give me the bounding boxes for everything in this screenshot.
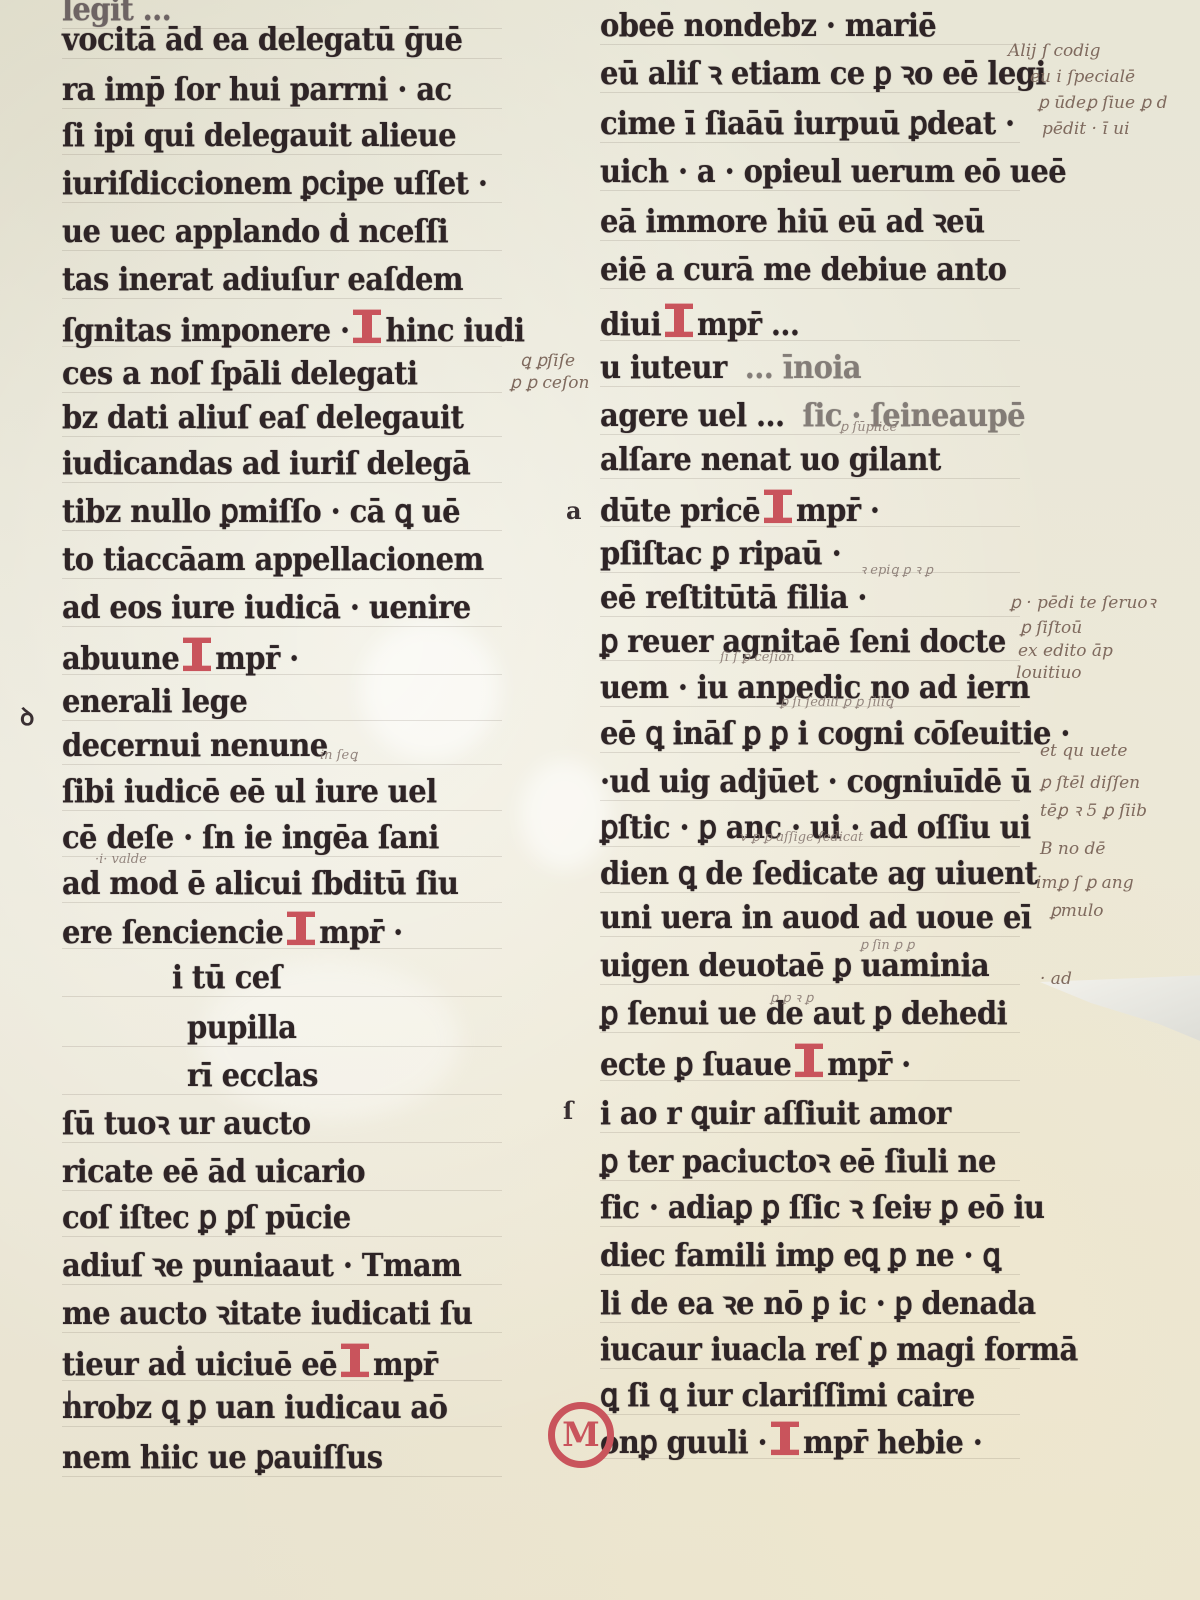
- margin-gloss: ꝑ ūdeꝑ ſiue ꝑ d: [1038, 92, 1168, 114]
- line-text: ſi ipi qui delegauit alieue: [62, 117, 456, 154]
- text-line: adiuſ ꝛe puniaaut · Tmam: [62, 1247, 461, 1284]
- text-line: eiē a curā me debiue anto: [600, 251, 1006, 288]
- text-line: uich · a · opieul uerum eō ueē: [600, 153, 1066, 190]
- rubricated-initial-i: [183, 637, 211, 674]
- line-text-tail: mpr̄ ...: [697, 306, 799, 343]
- ruling-line: [62, 720, 502, 721]
- line-text: nem hiic ue ꝑauiſſus: [62, 1439, 382, 1476]
- marginal-mark: |: [65, 1386, 74, 1415]
- rubricated-initial-i: [353, 309, 381, 346]
- margin-gloss: Alij ſ codig: [1008, 40, 1100, 62]
- line-text: i tū ceſ: [172, 959, 281, 996]
- line-text: enerali lege: [62, 683, 247, 720]
- interlinear-gloss: ꝑ ꝑ ꝛ ꝑ: [770, 988, 813, 1006]
- line-text: uich · a · opieul uerum eō ueē: [600, 153, 1066, 190]
- ruling-line: [600, 434, 1020, 435]
- line-text: i ao r ꝗuir aſſiuit amor: [600, 1095, 951, 1132]
- rubricated-initial-i: [665, 303, 693, 340]
- line-text: tas inerat adiuſur eaſdem: [62, 261, 463, 298]
- ruling-line: [600, 1274, 1020, 1275]
- ruling-line: [62, 1046, 502, 1047]
- text-line: ere ſencienciempr̄ ·: [62, 911, 403, 951]
- ruling-line: [600, 1414, 1020, 1415]
- ruling-line: [62, 530, 502, 531]
- margin-gloss: louitiuo: [1016, 662, 1082, 684]
- text-line: li de ea ꝛe nō ꝑ ic · ꝑ denada: [600, 1285, 1036, 1322]
- text-line: ꝑ reuer agnitaē ſeni docte: [600, 623, 1006, 660]
- line-text: to tiaccāam appellacionem: [62, 541, 484, 578]
- margin-gloss: tēꝑ ꝛ 5 ꝑ ſiib: [1040, 800, 1147, 822]
- text-line: ad eos iure iudicā · uenire: [62, 589, 471, 626]
- text-line: cime ī ſiaāū iurpuū ꝑdeat ·: [600, 105, 1015, 142]
- text-line: ad mod ē alicui ſbditū ſiu: [62, 865, 458, 902]
- ruling-line: [600, 892, 1020, 893]
- manuscript-page: legit ...vocitā ād ea delegatū ḡuēra imp…: [0, 0, 1200, 1600]
- rubricated-initial-i: [771, 1421, 799, 1458]
- line-text: nrobz ꝗ ꝑ uan iudicau aō: [62, 1389, 447, 1426]
- line-text: fic · adiaꝑ ꝑ ſſic ꝛ ſeiᵾ ꝑ eō iu: [600, 1189, 1044, 1226]
- ruling-line: [600, 752, 1020, 753]
- ruling-line: [600, 572, 1020, 573]
- line-text: rī ecclas: [187, 1057, 318, 1094]
- line-text-tail: mpr̄: [373, 1346, 437, 1383]
- line-text: ꝗ ſi ꝗ iur clariſſimi caire: [600, 1377, 975, 1414]
- line-text: cime ī ſiaāū iurpuū ꝑdeat ·: [600, 105, 1015, 142]
- text-line: obeē nondebz · mariē: [600, 7, 936, 44]
- text-line: to tiaccāam appellacionem: [62, 541, 484, 578]
- text-line: ra imp̄ ſor hui parrni · ac: [62, 71, 452, 108]
- faded-text: ſic · ſeineaupē: [802, 397, 1025, 434]
- interlinear-gloss: v ꝑ ꝑ aſſige ſedicat: [740, 830, 863, 845]
- line-text: diui: [600, 306, 661, 343]
- line-text: li de ea ꝛe nō ꝑ ic · ꝑ denada: [600, 1285, 1036, 1322]
- text-line: eē reſtitūtā filia ·: [600, 579, 867, 616]
- line-text: dūte pricē: [600, 492, 760, 529]
- line-text: pupilla: [187, 1009, 296, 1046]
- margin-gloss: ꝑ ſtēl diſſen: [1040, 772, 1140, 794]
- text-line: decernui nenune: [62, 727, 328, 764]
- ruling-line: [600, 142, 1020, 143]
- text-line: fic · adiaꝑ ꝑ ſſic ꝛ ſeiᵾ ꝑ eō iu: [600, 1189, 1044, 1226]
- margin-gloss: ꝗ ꝑſiſe: [520, 350, 575, 372]
- text-line: i tū ceſ: [172, 959, 281, 996]
- marginal-mark: ſ: [563, 1096, 573, 1125]
- margin-gloss: ex edito āp: [1018, 640, 1113, 662]
- interlinear-gloss: ꝑ ſūplicē: [840, 420, 897, 435]
- text-line: nrobz ꝗ ꝑ uan iudicau aō: [62, 1389, 447, 1426]
- ruling-line: [600, 1180, 1020, 1181]
- line-text: dien ꝗ de ſedicate ag uiuent: [600, 855, 1037, 892]
- text-line: ecte ꝑ ſuauempr̄ ·: [600, 1043, 911, 1083]
- marginal-mark: ꝺ: [20, 700, 34, 733]
- line-text: ſgnitas imponere ·: [62, 312, 349, 349]
- line-text: iudicandas ad iuriſ delegā: [62, 445, 470, 482]
- text-line: pupilla: [187, 1009, 296, 1046]
- line-text: cē deſe · ſn ie ingēa ſani: [62, 819, 439, 856]
- text-line: eū aliſ ꝛ etiam ce ꝑ ꝛo eē legi: [600, 55, 1046, 92]
- line-text-tail: mpr̄ hebie ·: [803, 1424, 982, 1461]
- text-line: diec famili imꝑ eꝗ ꝑ ne · ꝗ: [600, 1237, 1000, 1274]
- margin-gloss: eu i ſpecialē: [1030, 66, 1135, 88]
- line-text-tail: mpr̄ ·: [319, 914, 402, 951]
- line-text: eū aliſ ꝛ etiam ce ꝑ ꝛo eē legi: [600, 55, 1046, 92]
- line-text: coſ iſtec ꝑ ꝑſ pūcie: [62, 1199, 351, 1236]
- ruling-line: [600, 1226, 1020, 1227]
- faded-text: ... īnoia: [745, 349, 861, 386]
- text-line: vocitā ād ea delegatū ḡuē: [62, 21, 462, 58]
- line-text: pſiſtac ꝑ ripaū ·: [600, 535, 841, 572]
- line-text: uni uera in auod ad uoue eī: [600, 899, 1031, 936]
- margin-gloss: imꝑ ſ ꝑ ang: [1036, 872, 1134, 894]
- text-line: ces a noſ ſpāli delegati: [62, 355, 417, 392]
- text-line: pſiſtac ꝑ ripaū ·: [600, 535, 841, 572]
- line-text: ſibi iudicē eē ul iure uel: [62, 773, 437, 810]
- text-line: me aucto ꝛitate iudicati ſu: [62, 1295, 472, 1332]
- text-line: ue uec applando ḋ nceſſi: [62, 213, 448, 250]
- line-text: eē reſtitūtā filia ·: [600, 579, 867, 616]
- text-line: uni uera in auod ad uoue eī: [600, 899, 1031, 936]
- text-line: bz dati aliuſ eaſ delegauit: [62, 399, 463, 436]
- margin-gloss: ꝑ ſiſtoū: [1020, 617, 1082, 639]
- ruling-line: [62, 482, 502, 483]
- ruling-line: [600, 1368, 1020, 1369]
- ruling-line: [62, 298, 502, 299]
- ruling-line: [600, 288, 1020, 289]
- ruling-line: [62, 392, 502, 393]
- ruling-line: [62, 902, 502, 903]
- text-line: uigen deuotaē ꝑ uaminia: [600, 947, 989, 984]
- line-text-tail: mpr̄ ·: [827, 1046, 910, 1083]
- line-text: bz dati aliuſ eaſ delegauit: [62, 399, 463, 436]
- text-line: enerali lege: [62, 683, 247, 720]
- margin-gloss: ꝑ · pēdi te ſeruoꝛ: [1010, 592, 1156, 614]
- line-text: ra imp̄ ſor hui parrni · ac: [62, 71, 452, 108]
- interlinear-gloss: ꝑ ſi ſedili ꝑ ꝑ ſiliꝗ: [780, 695, 893, 710]
- line-text-tail: mpr̄ ·: [796, 492, 879, 529]
- ruling-line: [62, 1236, 502, 1237]
- text-line: u iuteur... īnoia: [600, 349, 861, 386]
- ruling-line: [62, 1332, 502, 1333]
- line-text: ꝑ reuer agnitaē ſeni docte: [600, 623, 1006, 660]
- text-line: tibz nullo ꝑmiſſo · cā ꝗ uē: [62, 493, 460, 530]
- text-line: ſū tuoꝛ ur aucto: [62, 1105, 310, 1142]
- ruling-line: [600, 44, 1020, 45]
- ruling-line: [62, 436, 502, 437]
- text-line: tas inerat adiuſur eaſdem: [62, 261, 463, 298]
- text-line: cē deſe · ſn ie ingēa ſani: [62, 819, 439, 856]
- marginal-mark: a: [566, 496, 582, 525]
- ruling-line: [600, 386, 1020, 387]
- text-line: nem hiic ue ꝑauiſſus: [62, 1439, 382, 1476]
- line-text: uigen deuotaē ꝑ uaminia: [600, 947, 989, 984]
- text-line: dien ꝗ de ſedicate ag uiuent: [600, 855, 1037, 892]
- ruling-line: [600, 984, 1020, 985]
- text-line: iudicandas ad iuriſ delegā: [62, 445, 470, 482]
- line-text-tail: hinc iudi: [385, 312, 524, 349]
- rubricated-initial-i: [795, 1043, 823, 1080]
- rubricated-initial-i: [764, 489, 792, 526]
- line-text: tieur aḋ uiciuē eē: [62, 1346, 337, 1383]
- ruling-line: [62, 1476, 502, 1477]
- rubricated-initial-m: M: [548, 1402, 614, 1468]
- ruling-line: [600, 1322, 1020, 1323]
- interlinear-gloss: ꝑ ſin ꝑ ꝑ: [860, 938, 915, 953]
- ruling-line: [62, 810, 502, 811]
- line-text: alſare nenat uo gilant: [600, 441, 941, 478]
- text-line: ꝑ ter paciuctoꝛ eē ſiuli ne: [600, 1143, 996, 1180]
- line-text: iuriſdiccionem ꝑcipe uſſet ·: [62, 165, 487, 202]
- ruling-line: [62, 1190, 502, 1191]
- text-line: ſibi iudicē eē ul iure uel: [62, 773, 437, 810]
- ruling-line: [600, 660, 1020, 661]
- ruling-line: [62, 1142, 502, 1143]
- ruling-line: [62, 1284, 502, 1285]
- ruling-line: [600, 846, 1020, 847]
- text-line: ·ud uig adjūet · cogniuīdē ū: [600, 763, 1031, 800]
- line-text: ere ſenciencie: [62, 914, 283, 951]
- ruling-line: [62, 202, 502, 203]
- text-line: coſ iſtec ꝑ ꝑſ pūcie: [62, 1199, 351, 1236]
- ruling-line: [600, 92, 1020, 93]
- text-line: ſi ipi qui delegauit alieue: [62, 117, 456, 154]
- text-line: rī ecclas: [187, 1057, 318, 1094]
- parchment-stain: [360, 620, 500, 760]
- line-text: ces a noſ ſpāli delegati: [62, 355, 417, 392]
- line-text: obeē nondebz · mariē: [600, 7, 936, 44]
- line-text: adiuſ ꝛe puniaaut · Tmam: [62, 1247, 461, 1284]
- ruling-line: [62, 250, 502, 251]
- ruling-line: [62, 58, 502, 59]
- text-line: alſare nenat uo gilant: [600, 441, 941, 478]
- text-line: eē ꝗ ināſ ꝑ ꝑ i cogni cōſeuitie ·: [600, 715, 1070, 752]
- text-line: diuimpr̄ ...: [600, 303, 799, 343]
- ruling-line: [62, 764, 502, 765]
- ruling-line: [600, 616, 1020, 617]
- rubricated-initial-i: [341, 1343, 369, 1380]
- margin-gloss: B no dē: [1040, 838, 1105, 860]
- ruling-line: [600, 1032, 1020, 1033]
- interlinear-gloss: ·i· valde: [95, 852, 147, 867]
- text-line: ꝗ ſi ꝗ iur clariſſimi caire: [600, 1377, 975, 1414]
- line-text: abuune: [62, 640, 179, 677]
- ruling-line: [62, 996, 502, 997]
- line-text-tail: mpr̄ ·: [215, 640, 298, 677]
- ruling-line: [600, 240, 1020, 241]
- interlinear-gloss: ꝛ epiꝗ ꝑ ꝛ ꝑ: [860, 560, 933, 578]
- interlinear-gloss: in ſeꝗ: [320, 748, 357, 763]
- margin-gloss: ꝑ ꝑ ceſon: [510, 372, 589, 394]
- ruling-line: [62, 108, 502, 109]
- line-text: ſū tuoꝛ ur aucto: [62, 1105, 310, 1142]
- line-text: ad eos iure iudicā · uenire: [62, 589, 471, 626]
- line-text: tibz nullo ꝑmiſſo · cā ꝗ uē: [62, 493, 460, 530]
- ruling-line: [62, 626, 502, 627]
- rubricated-initial-i: [287, 911, 315, 948]
- margin-gloss: ꝑmulo: [1050, 900, 1104, 922]
- ruling-line: [600, 800, 1020, 801]
- line-text: ·ud uig adjūet · cogniuīdē ū: [600, 763, 1031, 800]
- ruling-line: [600, 936, 1020, 937]
- line-text: eiē a curā me debiue anto: [600, 251, 1006, 288]
- line-text: me aucto ꝛitate iudicati ſu: [62, 1295, 472, 1332]
- line-text: ecte ꝑ ſuaue: [600, 1046, 791, 1083]
- text-line: iucaur iuacla reſ ꝑ magi formā: [600, 1331, 1078, 1368]
- text-line: agere uel ...ſic · ſeineaupē: [600, 397, 1025, 434]
- text-line: tieur aḋ uiciuē eēmpr̄: [62, 1343, 437, 1383]
- text-line: abuunempr̄ ·: [62, 637, 299, 677]
- line-text: decernui nenune: [62, 727, 328, 764]
- line-text: vocitā ād ea delegatū ḡuē: [62, 21, 462, 58]
- line-text: ue uec applando ḋ nceſſi: [62, 213, 448, 250]
- line-text: ꝑ ter paciuctoꝛ eē ſiuli ne: [600, 1143, 996, 1180]
- ruling-line: [600, 478, 1020, 479]
- ruling-line: [62, 154, 502, 155]
- line-text: u iuteur: [600, 349, 727, 386]
- interlinear-gloss: ſi ſ ꝑ ceſion: [720, 650, 795, 665]
- line-text: ad mod ē alicui ſbditū ſiu: [62, 865, 458, 902]
- text-line: eā immore hiū eū ad ꝛeū: [600, 203, 984, 240]
- margin-gloss: et qu uete: [1040, 740, 1127, 762]
- text-line: onꝑ guuli ·mpr̄ hebie ·: [600, 1421, 982, 1461]
- line-text: eā immore hiū eū ad ꝛeū: [600, 203, 984, 240]
- text-line: iuriſdiccionem ꝑcipe uſſet ·: [62, 165, 487, 202]
- line-text: agere uel ...: [600, 397, 784, 434]
- text-line: dūte pricēmpr̄ ·: [600, 489, 879, 529]
- line-text: iucaur iuacla reſ ꝑ magi formā: [600, 1331, 1078, 1368]
- line-text: ricate eē ād uicario: [62, 1153, 365, 1190]
- line-text: eē ꝗ ināſ ꝑ ꝑ i cogni cōſeuitie ·: [600, 715, 1070, 752]
- text-line: i ao r ꝗuir aſſiuit amor: [600, 1095, 951, 1132]
- margin-gloss: pēdit · ī ui: [1042, 118, 1130, 140]
- margin-gloss: · ad: [1040, 968, 1072, 990]
- ruling-line: [62, 578, 502, 579]
- ruling-line: [62, 1094, 502, 1095]
- line-text: onꝑ guuli ·: [600, 1424, 767, 1461]
- ruling-line: [600, 1132, 1020, 1133]
- parchment-stain: [520, 760, 610, 870]
- ruling-line: [62, 1426, 502, 1427]
- text-line: ricate eē ād uicario: [62, 1153, 365, 1190]
- text-line: ſgnitas imponere ·hinc iudi: [62, 309, 524, 349]
- line-text: diec famili imꝑ eꝗ ꝑ ne · ꝗ: [600, 1237, 1000, 1274]
- ruling-line: [600, 190, 1020, 191]
